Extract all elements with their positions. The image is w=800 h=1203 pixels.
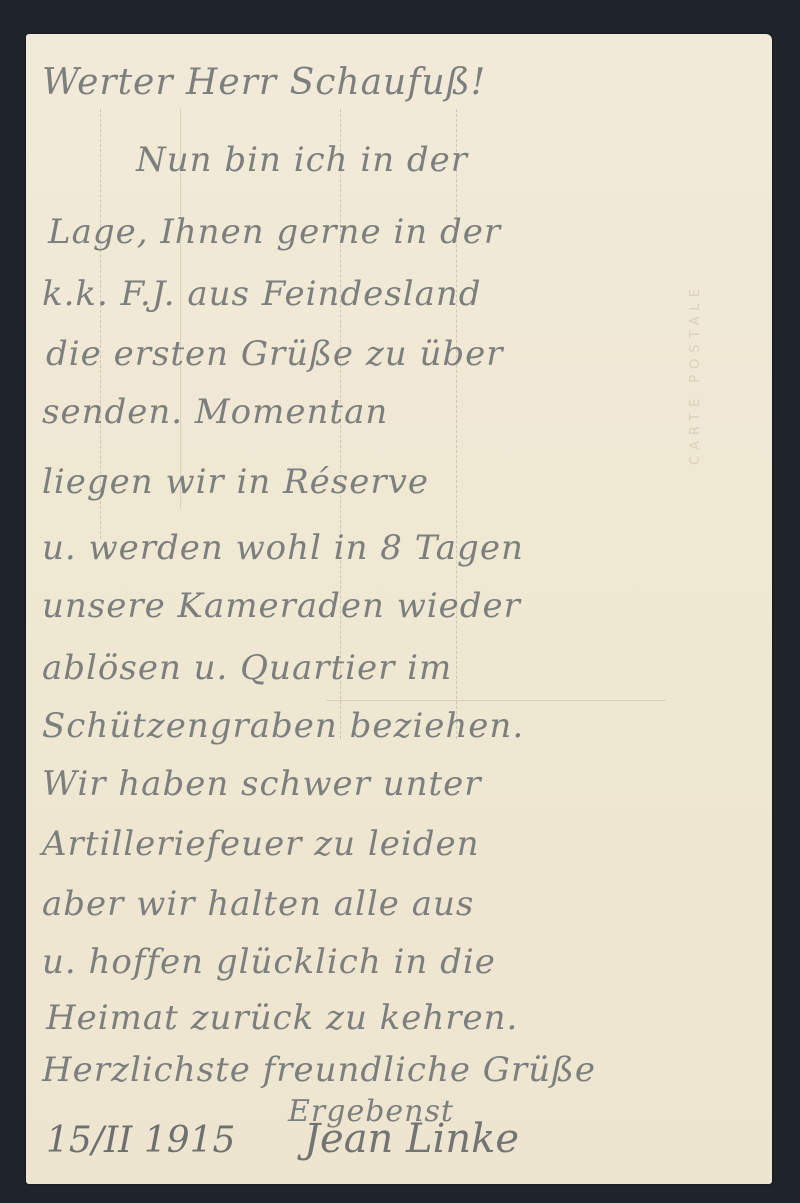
letter-line: die ersten Grüße zu über (46, 334, 503, 374)
salutation: Werter Herr Schaufuß! (42, 62, 486, 103)
letter-line: Heimat zurück zu kehren. (46, 998, 518, 1038)
letter-line: Herzlichste freundliche Grüße (42, 1050, 596, 1090)
letter-line: k.k. F.J. aus Feindesland (42, 274, 482, 314)
letter-line: Nun bin ich in der (136, 140, 468, 180)
letter-line: u. hoffen glücklich in die (42, 942, 496, 982)
letter-line: Artilleriefeuer zu leiden (42, 824, 480, 864)
signature: Jean Linke (304, 1116, 519, 1162)
postcard: CARTE POSTALE Werter Herr Schaufuß! Nun … (26, 34, 772, 1184)
letter-line: ablösen u. Quartier im (42, 648, 452, 688)
letter-line: Wir haben schwer unter (42, 764, 482, 804)
postcard-imprint: CARTE POSTALE (688, 94, 706, 654)
letter-line: aber wir halten alle aus (42, 884, 474, 924)
letter-date: 15/II 1915 (46, 1120, 235, 1161)
letter-line: Lage, Ihnen gerne in der (48, 212, 501, 252)
letter-line: Schützengraben beziehen. (42, 706, 524, 746)
letter-line: liegen wir in Réserve (42, 462, 429, 502)
letter-line: unsere Kameraden wieder (42, 586, 521, 626)
letter-line: u. werden wohl in 8 Tagen (42, 528, 524, 568)
letter-line: senden. Momentan (42, 392, 388, 432)
emboss-line (456, 109, 457, 739)
emboss-line (326, 700, 666, 701)
